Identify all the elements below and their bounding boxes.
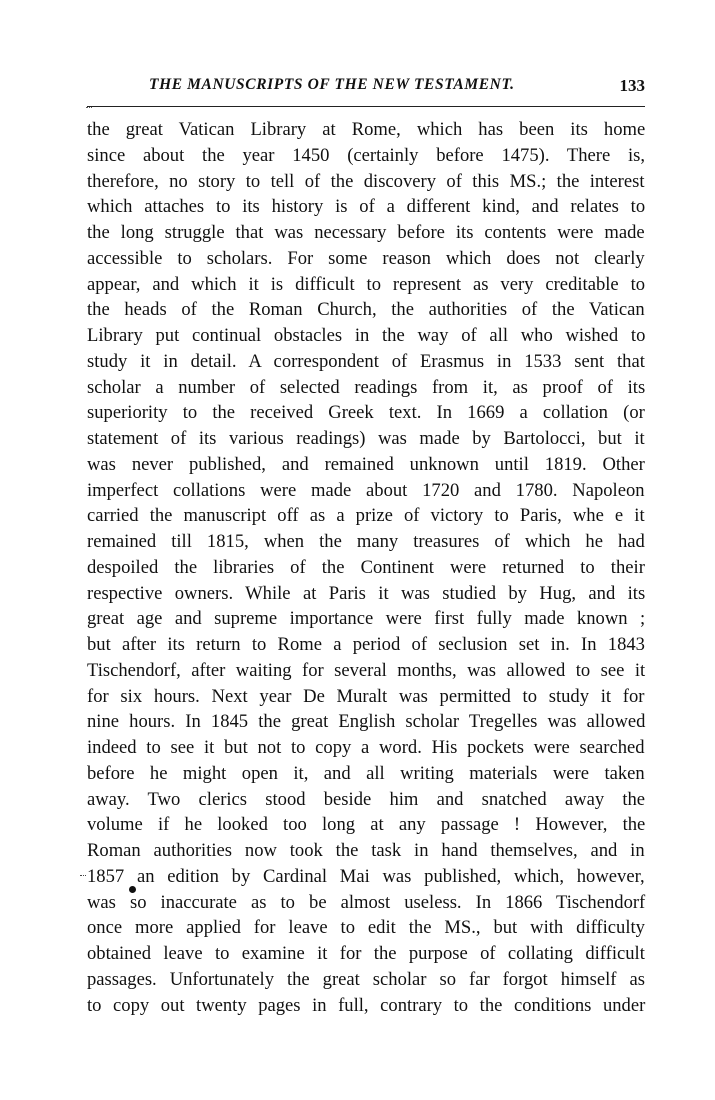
text-line: was never published, and remained unknow… bbox=[87, 452, 645, 478]
text-line: Roman authorities now took the task in h… bbox=[87, 838, 645, 864]
margin-mark bbox=[80, 875, 86, 876]
text-line: imperfect collations were made about 172… bbox=[87, 478, 645, 504]
running-title: THE MANUSCRIPTS OF THE NEW TESTAMENT. bbox=[149, 76, 515, 94]
text-line: statement of its various readings) was m… bbox=[87, 426, 645, 452]
text-line: remained till 1815, when the many treasu… bbox=[87, 529, 645, 555]
text-line: accessible to scholars. For some reason … bbox=[87, 246, 645, 272]
text-line: respective owners. While at Paris it was… bbox=[87, 581, 645, 607]
text-line: for six hours. Next year De Muralt was p… bbox=[87, 684, 645, 710]
text-line: nine hours. In 1845 the great English sc… bbox=[87, 709, 645, 735]
body-text: the great Vatican Library at Rome, which… bbox=[87, 117, 645, 1018]
text-line: which attaches to its history is of a di… bbox=[87, 194, 645, 220]
text-line: carried the manuscript off as a prize of… bbox=[87, 503, 645, 529]
text-line: scholar a number of selected readings fr… bbox=[87, 375, 645, 401]
text-line: the heads of the Roman Church, the autho… bbox=[87, 297, 645, 323]
text-line: passages. Unfortunately the great schola… bbox=[87, 967, 645, 993]
text-line: obtained leave to examine it for the pur… bbox=[87, 941, 645, 967]
text-line: indeed to see it but not to copy a word.… bbox=[87, 735, 645, 761]
text-line: once more applied for leave to edit the … bbox=[87, 915, 645, 941]
text-line: but after its return to Rome a period of… bbox=[87, 632, 645, 658]
text-line: great age and supreme importance were fi… bbox=[87, 606, 645, 632]
text-line: study it in detail. A correspondent of E… bbox=[87, 349, 645, 375]
text-line: 1857 an edition by Cardinal Mai was publ… bbox=[87, 864, 645, 890]
text-line: since about the year 1450 (certainly bef… bbox=[87, 143, 645, 169]
text-line: the great Vatican Library at Rome, which… bbox=[87, 117, 645, 143]
text-line: despoiled the libraries of the Continent… bbox=[87, 555, 645, 581]
text-line: to copy out twenty pages in full, contra… bbox=[87, 993, 645, 1019]
text-line: the long struggle that was necessary bef… bbox=[87, 220, 645, 246]
text-line: was so inaccurate as to be almost useles… bbox=[87, 890, 645, 916]
header-rule bbox=[87, 106, 645, 107]
book-page: THE MANUSCRIPTS OF THE NEW TESTAMENT. 13… bbox=[0, 0, 715, 1100]
text-line: superiority to the received Greek text. … bbox=[87, 400, 645, 426]
ink-blot bbox=[129, 886, 136, 893]
text-line: away. Two clerics stood beside him and s… bbox=[87, 787, 645, 813]
running-head: THE MANUSCRIPTS OF THE NEW TESTAMENT. 13… bbox=[87, 76, 645, 100]
page-number: 133 bbox=[620, 76, 646, 96]
text-line: before he might open it, and all writing… bbox=[87, 761, 645, 787]
text-line: appear, and which it is difficult to rep… bbox=[87, 272, 645, 298]
rule-tick-mark bbox=[86, 107, 92, 108]
text-line: Tischendorf, after waiting for several m… bbox=[87, 658, 645, 684]
text-line: volume if he looked too long at any pass… bbox=[87, 812, 645, 838]
text-line: therefore, no story to tell of the disco… bbox=[87, 169, 645, 195]
text-line: Library put continual obstacles in the w… bbox=[87, 323, 645, 349]
